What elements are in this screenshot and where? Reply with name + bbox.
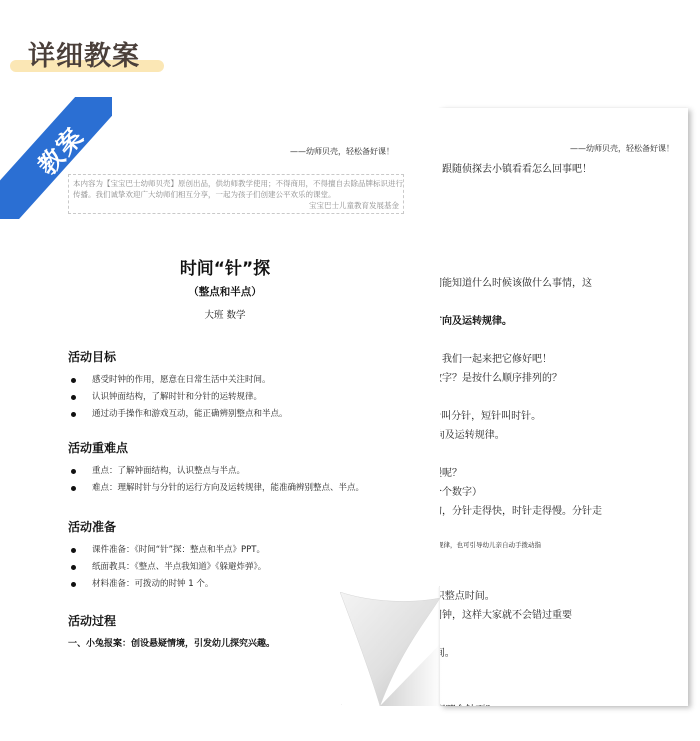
document-line: 提示：教师可以操作手型，拨动指针，引导幼儿直观感受指针的运转规律，也可引导幼儿亲…	[440, 540, 541, 549]
header-title: 详细教案	[28, 34, 140, 73]
front-page-slogan: ——幼师贝壳，轻松备好课！	[290, 146, 394, 157]
document-line: 1. 借助闹钟，观察整点的钟面结构特征，认识整点时间。	[440, 587, 495, 602]
document-line: 师：请仔细观察，钟面上都有什么？有哪些数字？是按什么顺序排列的？	[440, 369, 562, 384]
list-item: 重点：了解钟面结构，认识整点与半点。	[68, 463, 408, 480]
document-line: 小结：数字1—12，按顺时针顺序排列，长针叫分针，短针叫时针。	[440, 407, 541, 422]
list-item: 感受时钟的作用，愿意在日常生活中关注时间。	[68, 372, 408, 389]
document-line: 师：原来大家不知道几点了就没人出来活动，我们一起来把它修好吧！	[440, 350, 552, 365]
section-header: 详细教案	[10, 32, 166, 76]
document-line: 师：时针有什么变化？（移动一格，指向下一个数字）	[440, 483, 482, 498]
list-item: 纸面教具：《整点、半点我知道》《躲避炸弹》。	[68, 559, 408, 576]
list-item: 课件准备：《时间“针”探：整点和半点》PPT。	[68, 542, 408, 559]
list-item: 难点：理解时针与分针的运行方向及运转规律，能准确辨别整点、半点。	[68, 480, 408, 497]
section-objectives: 活动目标 感受时钟的作用，愿意在日常生活中关注时间。 认识钟面结构，了解时针和分…	[68, 348, 408, 423]
document-line: 师：它们是怎么跑的呢？谁跑得快，谁跑得慢呢？	[440, 464, 462, 479]
section-key-points: 活动重难点 重点：了解钟面结构，认识整点与半点。 难点：理解时针与分针的运行方向…	[68, 439, 408, 497]
section-title: 活动重难点	[68, 439, 408, 456]
document-line: 2. 观察整点钟面特征，推测它们所代表的时间。	[440, 644, 455, 659]
document-line: 2. 通过动手观察，了解时针、分针的运行方向及运转规律。	[440, 426, 505, 441]
document-subtitle: （整点和半点）	[10, 284, 440, 299]
notice-signature: 宝宝巴士儿童教育发展基金	[73, 200, 399, 211]
list-item: 认识钟面结构，了解时针和分针的运转规律。	[68, 389, 408, 406]
section-title: 活动准备	[68, 518, 408, 535]
section-title: 活动目标	[68, 348, 408, 365]
document-title: 时间“针”探	[10, 254, 440, 279]
document-line: 小结：时针和分针是按照顺时针的方向运转的，分针走得快，时针走得慢。分针走	[440, 502, 602, 517]
page-curl-icon	[340, 592, 442, 706]
back-page-slogan: ——幼师贝壳，轻松备好课！	[570, 143, 674, 154]
list-item: 材料准备：可拨动的时钟 1 个。	[68, 576, 408, 593]
document-meta: 大班 数学	[10, 307, 440, 321]
document-line: 生了一件奇怪的事件，街上都没人出来活动，跟随侦探去小镇看看怎么回事吧！	[440, 160, 592, 175]
notice-line: 传播。我们诚挚欢迎广大幼师们相互分享，一起为孩子们创建公平欢乐的课堂。	[73, 189, 399, 200]
document-line: 三、认识钟面结构，了解时针、分针的运行方向及运转规律。	[440, 312, 512, 327]
document-line: 小结：时钟是我们的小帮手，通过时钟，我们能知道什么时候该做什么事情，这	[440, 274, 592, 289]
notice-line: 本内容为【宝宝巴士幼师贝壳】原创出品，供幼师教学使用；不得商用，不得擅自去除品牌…	[73, 178, 399, 189]
document-page-back: ——幼师贝壳，轻松备好课！ 生了一件奇怪的事件，街上都没人出来活动，跟随侦探去小…	[440, 108, 688, 706]
document-line: 师：小镇居民每人都配一个时钟，并设置好闹钟，这样大家就不会错过重要	[440, 606, 572, 621]
copyright-notice: 本内容为【宝宝巴士幼师贝壳】原创出品，供幼师教学使用；不得商用，不得擅自去除品牌…	[68, 174, 404, 214]
corner-ribbon: 教案	[0, 97, 112, 219]
list-item: 通过动手操作和游戏互动，能正确辨别整点和半点。	[68, 406, 408, 423]
document-line: 师：小猴子/小兔，需要设几点的闹钟？应该配哪个钟面？	[440, 701, 495, 706]
section-preparation: 活动准备 课件准备：《时间“针”探：整点和半点》PPT。 纸面教具：《整点、半点…	[68, 518, 408, 593]
